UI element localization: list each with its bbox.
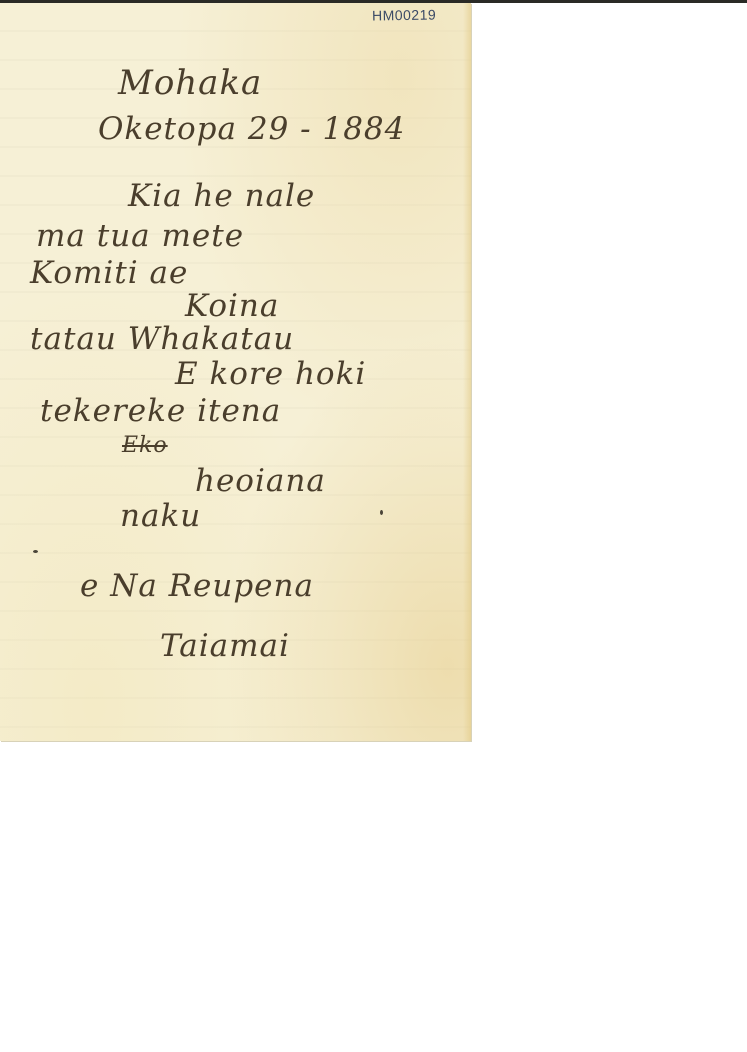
closing-line-2: naku bbox=[120, 498, 201, 534]
body-line-3: Komiti ae bbox=[30, 255, 188, 291]
body-line-6: E kore hoki bbox=[175, 356, 366, 392]
archive-id-label: HM00219 bbox=[372, 6, 436, 23]
letter-page: HM00219 Mohaka Oketopa 29 - 1884 Kia he … bbox=[0, 3, 471, 741]
ink-spot bbox=[33, 550, 38, 553]
body-line-2: ma tua mete bbox=[36, 218, 244, 254]
body-line-5: tatau Whakatau bbox=[30, 321, 294, 357]
place-heading: Mohaka bbox=[118, 63, 262, 103]
body-line-4: Koina bbox=[185, 288, 279, 324]
signature-surname: Taiamai bbox=[160, 628, 290, 664]
signature-line: e Na Reupena bbox=[80, 568, 314, 604]
struck-word: Eko bbox=[122, 433, 168, 458]
date-line: Oketopa 29 - 1884 bbox=[98, 111, 405, 147]
body-line-1: Kia he nale bbox=[128, 178, 315, 214]
body-line-7: tekereke itena bbox=[40, 393, 281, 429]
ink-spot bbox=[380, 510, 383, 515]
closing-line-1: heoiana bbox=[195, 463, 326, 499]
paper-edge-stain bbox=[463, 3, 471, 741]
